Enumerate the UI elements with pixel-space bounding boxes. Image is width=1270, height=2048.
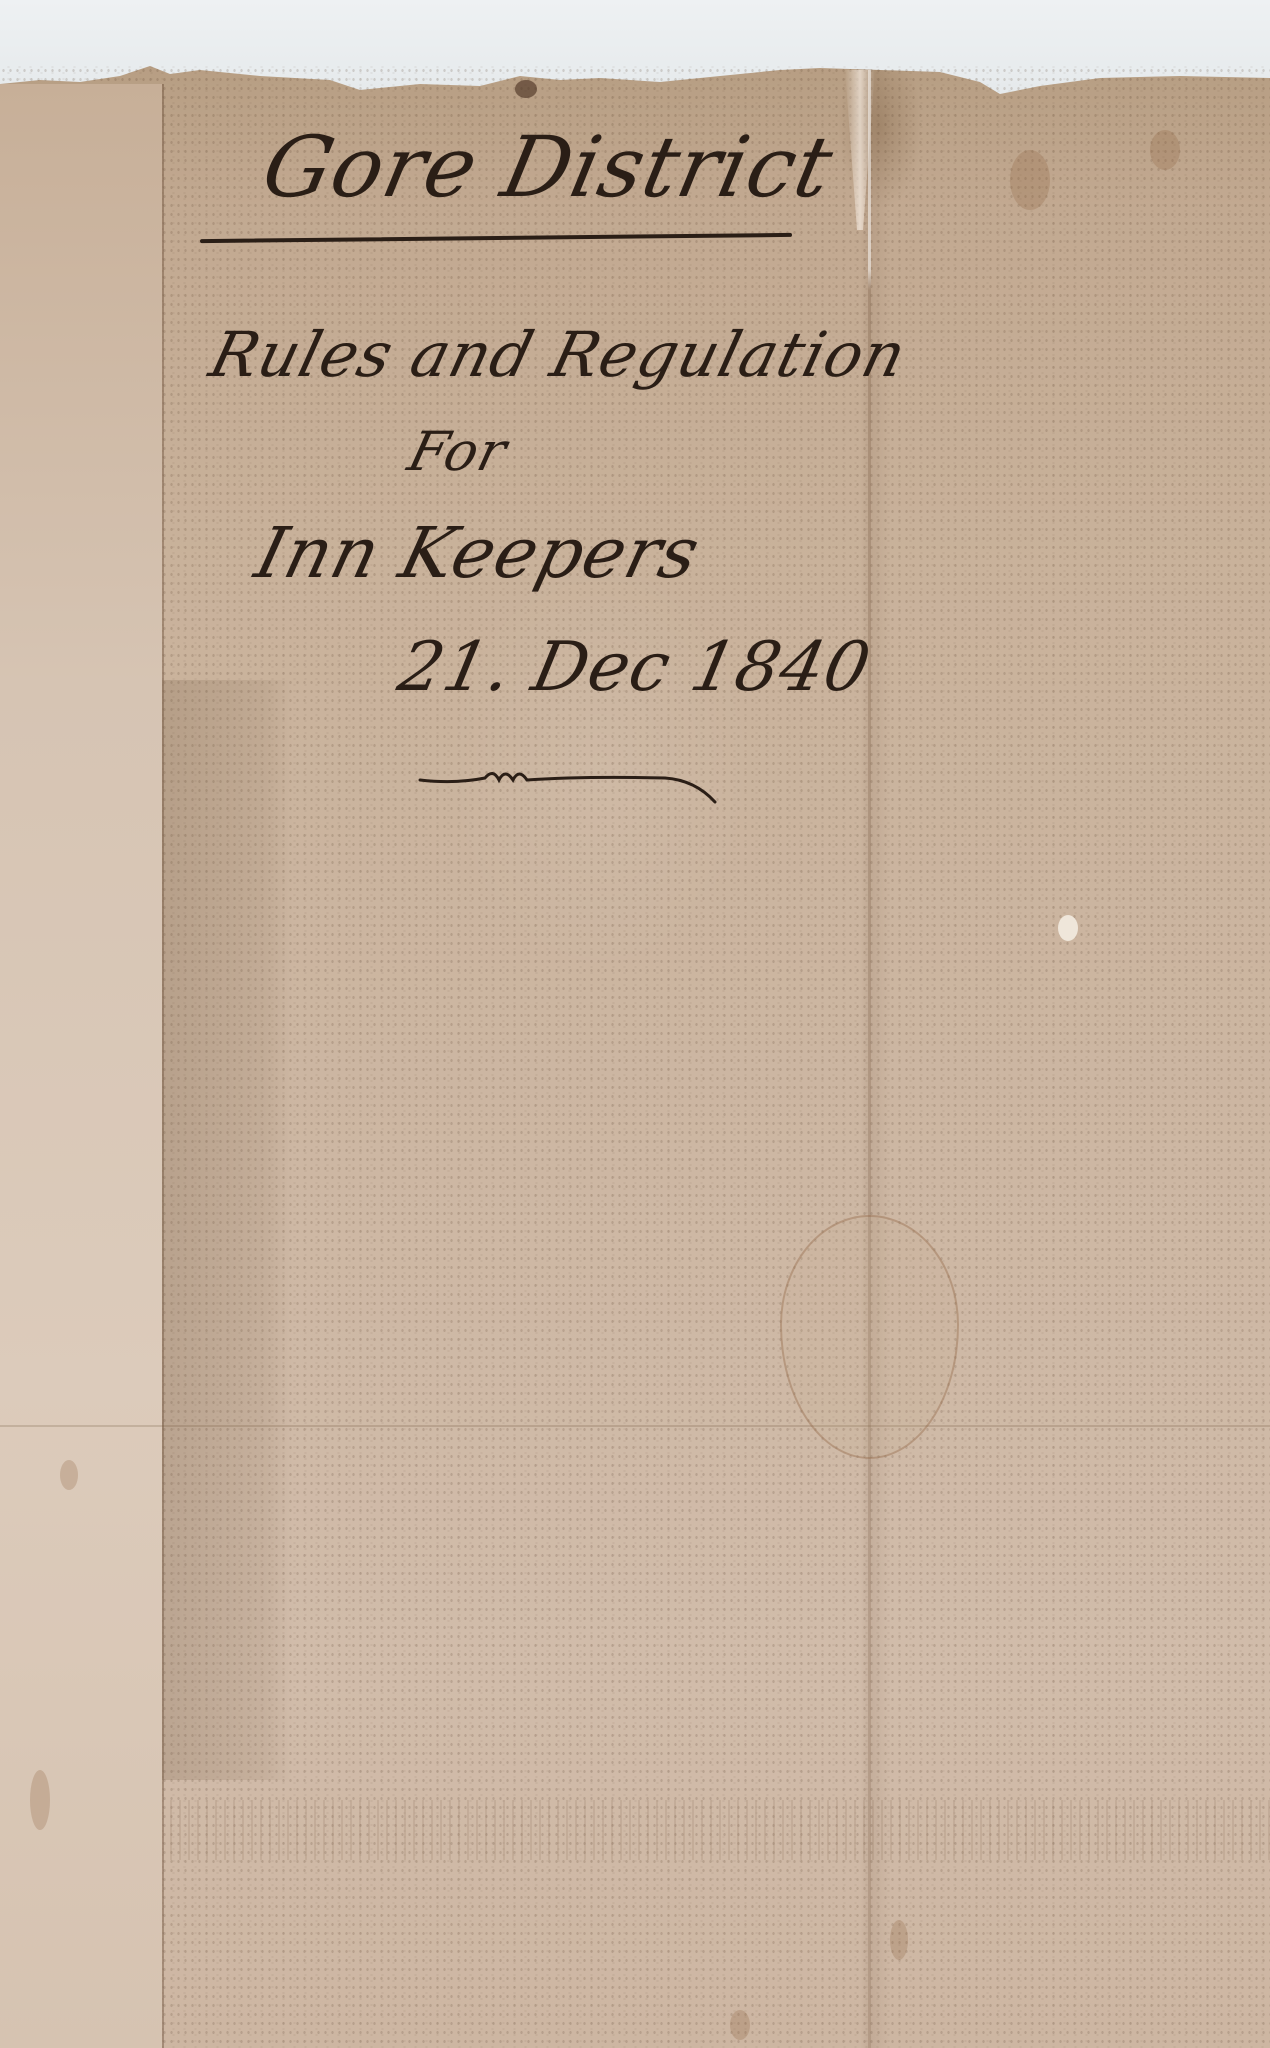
- foxing-spot: [730, 2010, 750, 2040]
- foxing-spot: [1010, 150, 1050, 210]
- ink-blot: [515, 80, 537, 98]
- paper-spot: [1058, 915, 1078, 941]
- foxing-spot: [1150, 130, 1180, 170]
- foxing-spot: [30, 1770, 50, 1830]
- title-line-for: For: [402, 420, 514, 483]
- pen-flourish-icon: [415, 750, 735, 810]
- foxing-spot: [890, 1920, 908, 1960]
- title-line-innkeepers: Inn Keepers: [248, 512, 708, 594]
- flap-shadow: [162, 680, 292, 1780]
- foxing-spot: [60, 1460, 78, 1490]
- document-heading: Gore District: [255, 118, 842, 216]
- horizontal-fold-line: [0, 1425, 1270, 1427]
- document-date: 21. Dec 1840: [392, 628, 878, 707]
- faint-printed-border: [170, 1800, 1270, 1860]
- title-line-rules: Rules and Regulation: [203, 318, 914, 391]
- left-folded-flap: [0, 84, 162, 2048]
